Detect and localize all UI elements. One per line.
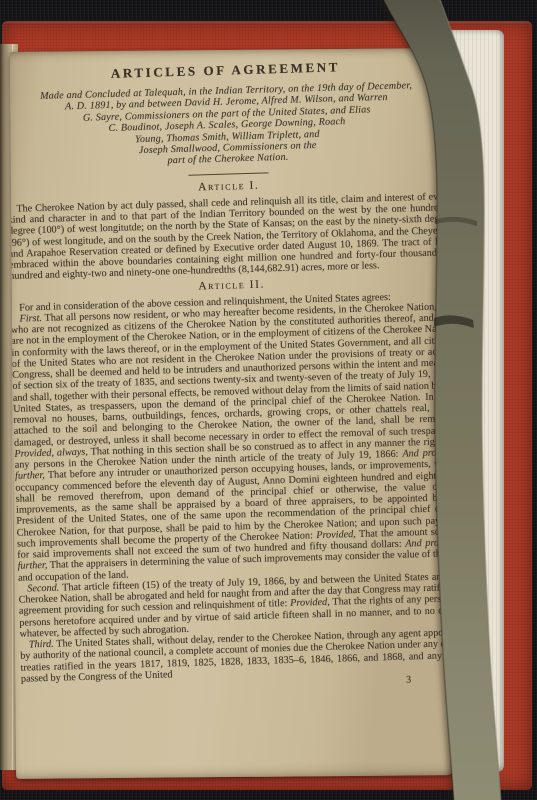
book-page: ARTICLES OF AGREEMENT Made and Concluded… [10,48,453,779]
text-segment: The Cherokee Nation by act duly passed, … [10,191,453,282]
page-fore-edge [444,30,504,772]
text-segment: Second. [27,582,59,594]
article-paragraph: The Cherokee Nation by act duly passed, … [10,191,453,283]
article-paragraph: First. That all persons now resident, or… [10,301,453,584]
text-segment: Provided, [290,597,330,609]
text-segment: That all persons now resident, or who ma… [11,301,453,448]
book-photo: ARTICLES OF AGREEMENT Made and Concluded… [0,0,537,800]
articles: Article I.The Cherokee Nation by act dul… [10,174,453,685]
section-divider [188,172,268,175]
page-text: ARTICLES OF AGREEMENT Made and Concluded… [10,48,453,697]
text-segment: First. [19,313,42,325]
document-preamble: Made and Concluded at Talequah, in the I… [10,79,450,172]
text-segment: Third. [29,639,54,651]
